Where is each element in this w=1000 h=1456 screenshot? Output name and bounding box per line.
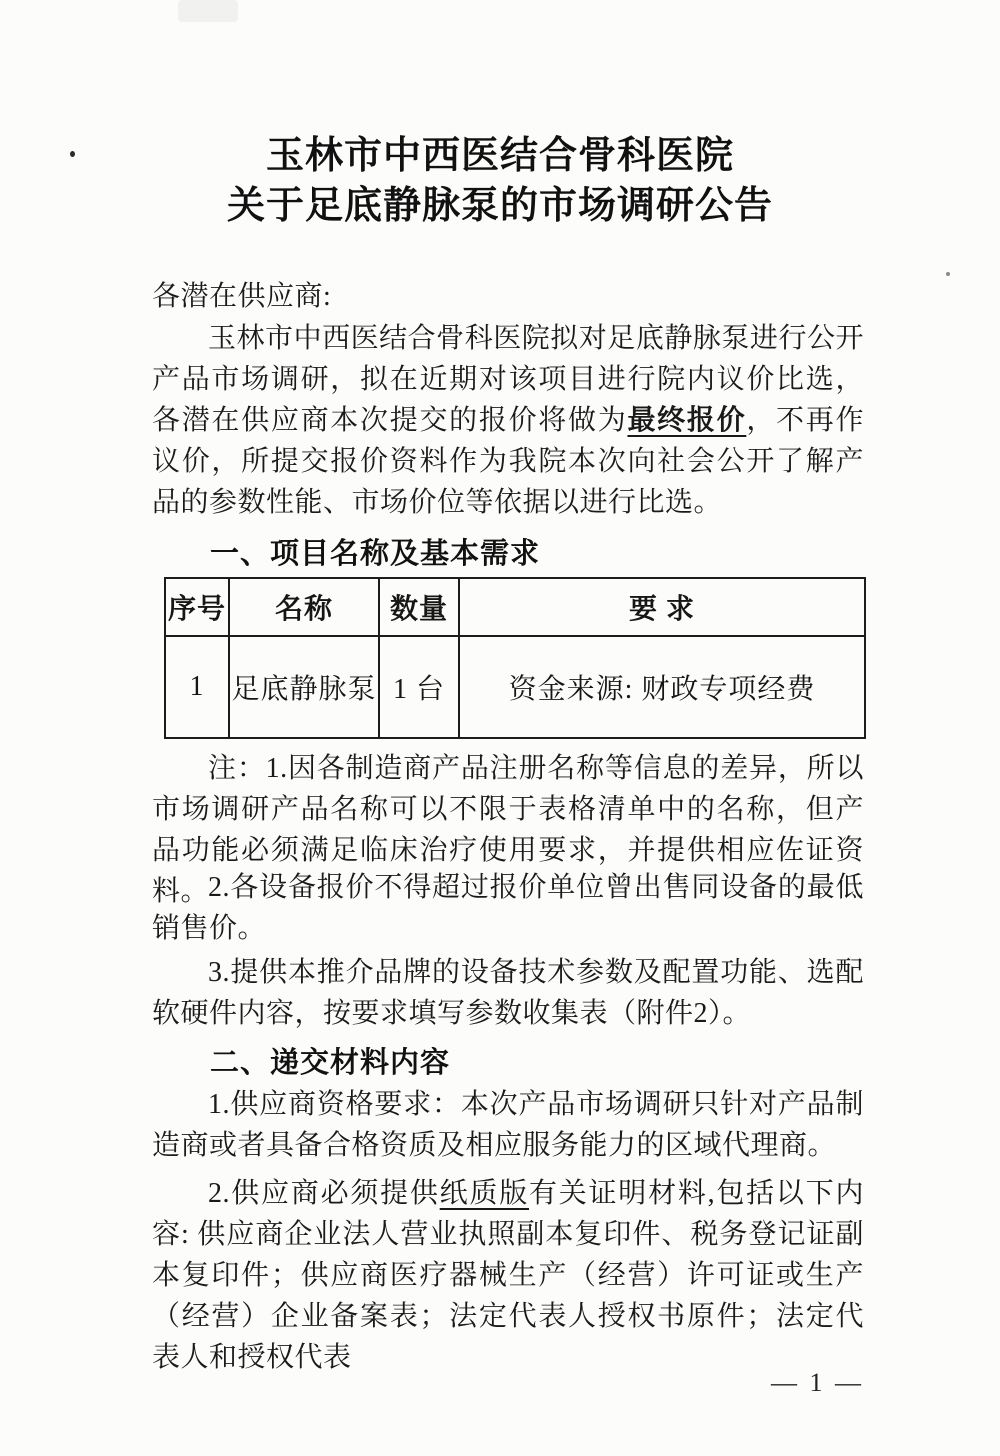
- document-title-line1: 玉林市中西医结合骨科医院: [144, 131, 856, 181]
- scan-dot: [70, 151, 75, 157]
- supplier-qualification-paragraph: 1.供应商资格要求：本次产品市场调研只针对产品制造商或者具备合格资质及相应服务能…: [152, 1084, 864, 1166]
- page-number: — 1 —: [152, 1368, 864, 1398]
- table-row: 1 足底静脉泵 1 台 资金来源: 财政专项经费: [165, 636, 865, 738]
- cell-quantity: 1 台: [379, 636, 459, 738]
- scan-smudge: [178, 0, 238, 22]
- note-paragraph-3: 3.提供本推介品牌的设备技术参数及配置功能、选配软硬件内容，按要求填写参数收集表…: [152, 952, 864, 1034]
- cell-product-name: 足底静脉泵: [229, 636, 379, 738]
- table-header-row: 序号 名称 数量 要 求: [165, 578, 865, 636]
- table-header-no: 序号: [165, 578, 229, 636]
- note-paragraph-2: 2.各设备报价不得超过报价单位曾出售同设备的最低销售价。: [152, 867, 864, 949]
- document-title-line2: 关于足底静脉泵的市场调研公告: [144, 181, 856, 231]
- requirements-table: 序号 名称 数量 要 求 1 足底静脉泵 1 台 资金来源: 财政专项经费: [164, 577, 866, 739]
- cell-serial-no: 1: [165, 636, 229, 738]
- scan-dot: [946, 272, 950, 276]
- paper-version-emphasis: 纸质版: [440, 1178, 529, 1209]
- table-header-req: 要 求: [459, 578, 865, 636]
- final-quote-emphasis: 最终报价: [627, 405, 746, 436]
- table-header-name: 名称: [229, 578, 379, 636]
- salutation: 各潜在供应商:: [152, 276, 864, 317]
- cell-requirement: 资金来源: 财政专项经费: [459, 636, 865, 738]
- supplier-materials-paragraph: 2.供应商必须提供纸质版有关证明材料,包括以下内容: 供应商企业法人营业执照副本…: [152, 1173, 864, 1378]
- section1-heading: 一、项目名称及基本需求: [152, 534, 864, 575]
- materials-text-pre: 2.供应商必须提供: [208, 1178, 440, 1209]
- intro-paragraph: 玉林市中西医结合骨科医院拟对足底静脉泵进行公开产品市场调研，拟在近期对该项目进行…: [152, 318, 864, 523]
- section2-heading: 二、递交材料内容: [152, 1043, 864, 1084]
- table-header-qty: 数量: [379, 578, 459, 636]
